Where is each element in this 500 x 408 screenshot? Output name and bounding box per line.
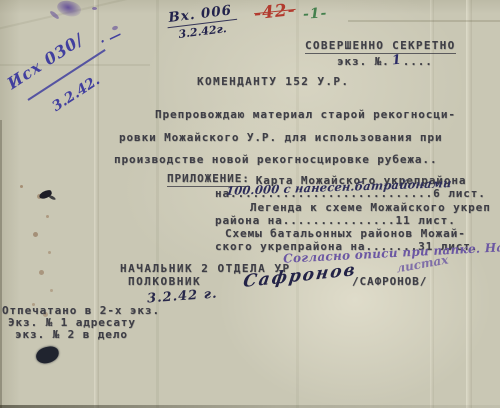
copy-number-line: экз. №. 1 .... — [337, 53, 433, 68]
attachment-item3-line1: Схемы батальонных районов Можай- — [225, 227, 466, 240]
crease-horizontal-1 — [348, 20, 500, 22]
attachment-item2-line1: Легенда к схеме Можайского укреп — [250, 201, 491, 214]
crease-vertical-1 — [94, 0, 99, 408]
outgoing-tail-mark: · — — [98, 27, 124, 50]
copy-number-value: 1 — [391, 53, 402, 69]
ink-dot-1 — [92, 7, 97, 10]
signature-name-typed: /САФРОНОВ/ — [352, 275, 427, 288]
copy-number-dots: .... — [403, 55, 433, 68]
copy-number-prefix: экз. №. — [337, 55, 390, 68]
crease-vertical-2 — [156, 0, 159, 408]
attachment-item2-line2: района на...............11 лист. — [215, 214, 456, 227]
outgoing-number-note: Исх 030/ — [4, 30, 87, 93]
body-line-3: производстве новой рекогносцировке рубеж… — [114, 153, 437, 166]
secrecy-stamp: СОВЕРШЕННО СЕКРЕТНО — [305, 39, 456, 54]
page-number-green: -1- — [303, 5, 328, 22]
rust-stain — [20, 185, 23, 188]
ink-smudge — [55, 0, 82, 19]
page-number-red: -42- — [253, 0, 297, 24]
scan-edge-left — [0, 120, 2, 408]
document-scan: Исх 030/ 3.2.42. · — Вх. 006 3.2.42г. -4… — [0, 0, 500, 408]
body-line-1: Препровождаю материал старой рекогносци- — [155, 108, 456, 121]
hole-punch-mark — [35, 345, 61, 365]
crease-diagonal — [0, 0, 178, 36]
ink-blot-small — [48, 194, 56, 200]
addressee-line: КОМЕНДАНТУ 152 У.Р. — [197, 75, 349, 88]
body-line-2: ровки Можайского У.Р. для использования … — [119, 131, 442, 144]
incoming-number-stamp: Вх. 006 3.2.42г. — [165, 0, 239, 42]
signer-rank-line: ПОЛКОВНИК — [128, 275, 201, 288]
outgoing-date-note: 3.2.42. — [49, 72, 103, 115]
print-note-line3: экз. № 2 в дело — [15, 328, 128, 341]
